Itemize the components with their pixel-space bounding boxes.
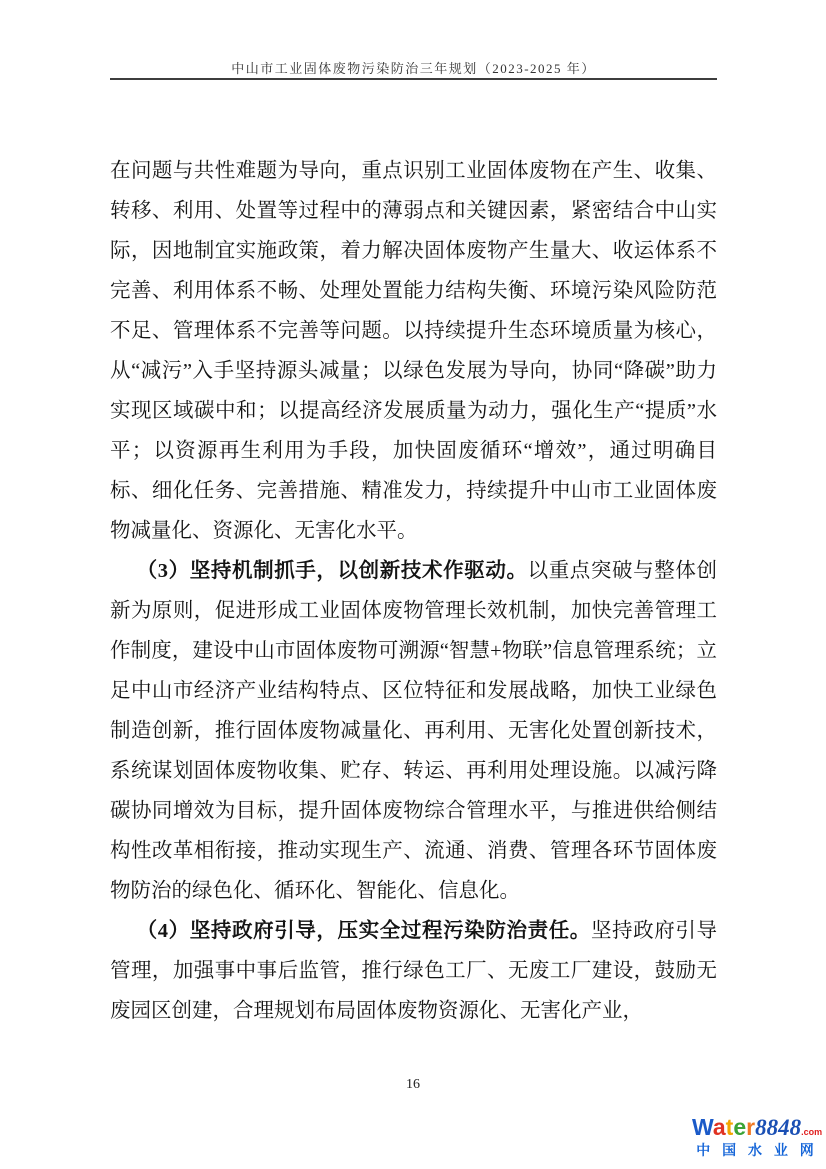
header-title: 中山市工业固体废物污染防治三年规划（2023-2025 年） [110, 58, 717, 77]
logo-chinese-name: 中 国 水 业 网 [692, 1143, 822, 1157]
paragraph-continuation: 在问题与共性难题为导向，重点识别工业固体废物在产生、收集、转移、利用、处置等过程… [110, 151, 717, 551]
logo-letter: a [713, 1114, 726, 1140]
logo-8848-number: 8848 [755, 1115, 801, 1140]
header-rule [110, 78, 717, 80]
paragraph-text: 以重点突破与整体创新为原则，促进形成工业固体废物管理长效机制，加快完善管理工作制… [110, 560, 717, 902]
paragraph-text: 在问题与共性难题为导向，重点识别工业固体废物在产生、收集、转移、利用、处置等过程… [110, 160, 717, 542]
water8848-logo: Water8848.com 中 国 水 业 网 [692, 1116, 822, 1157]
paragraph-bold-lead: （4）坚持政府引导，压实全过程污染防治责任。 [137, 920, 591, 942]
logo-letter: e [733, 1114, 746, 1140]
logo-letter: r [746, 1114, 755, 1140]
paragraph-item-3: （3）坚持机制抓手，以创新技术作驱动。以重点突破与整体创新为原则，促进形成工业固… [110, 551, 717, 911]
water8848-wordmark: Water8848.com [692, 1116, 822, 1139]
document-page: 中山市工业固体废物污染防治三年规划（2023-2025 年） 在问题与共性难题为… [0, 0, 826, 1169]
page-number: 16 [0, 1077, 826, 1093]
logo-com-suffix: .com [801, 1127, 822, 1137]
paragraph-item-4: （4）坚持政府引导，压实全过程污染防治责任。坚持政府引导管理，加强事中事后监管，… [110, 911, 717, 1031]
logo-letter: W [692, 1114, 713, 1140]
paragraph-bold-lead: （3）坚持机制抓手，以创新技术作驱动。 [137, 560, 528, 582]
document-body: 在问题与共性难题为导向，重点识别工业固体废物在产生、收集、转移、利用、处置等过程… [110, 151, 717, 1031]
